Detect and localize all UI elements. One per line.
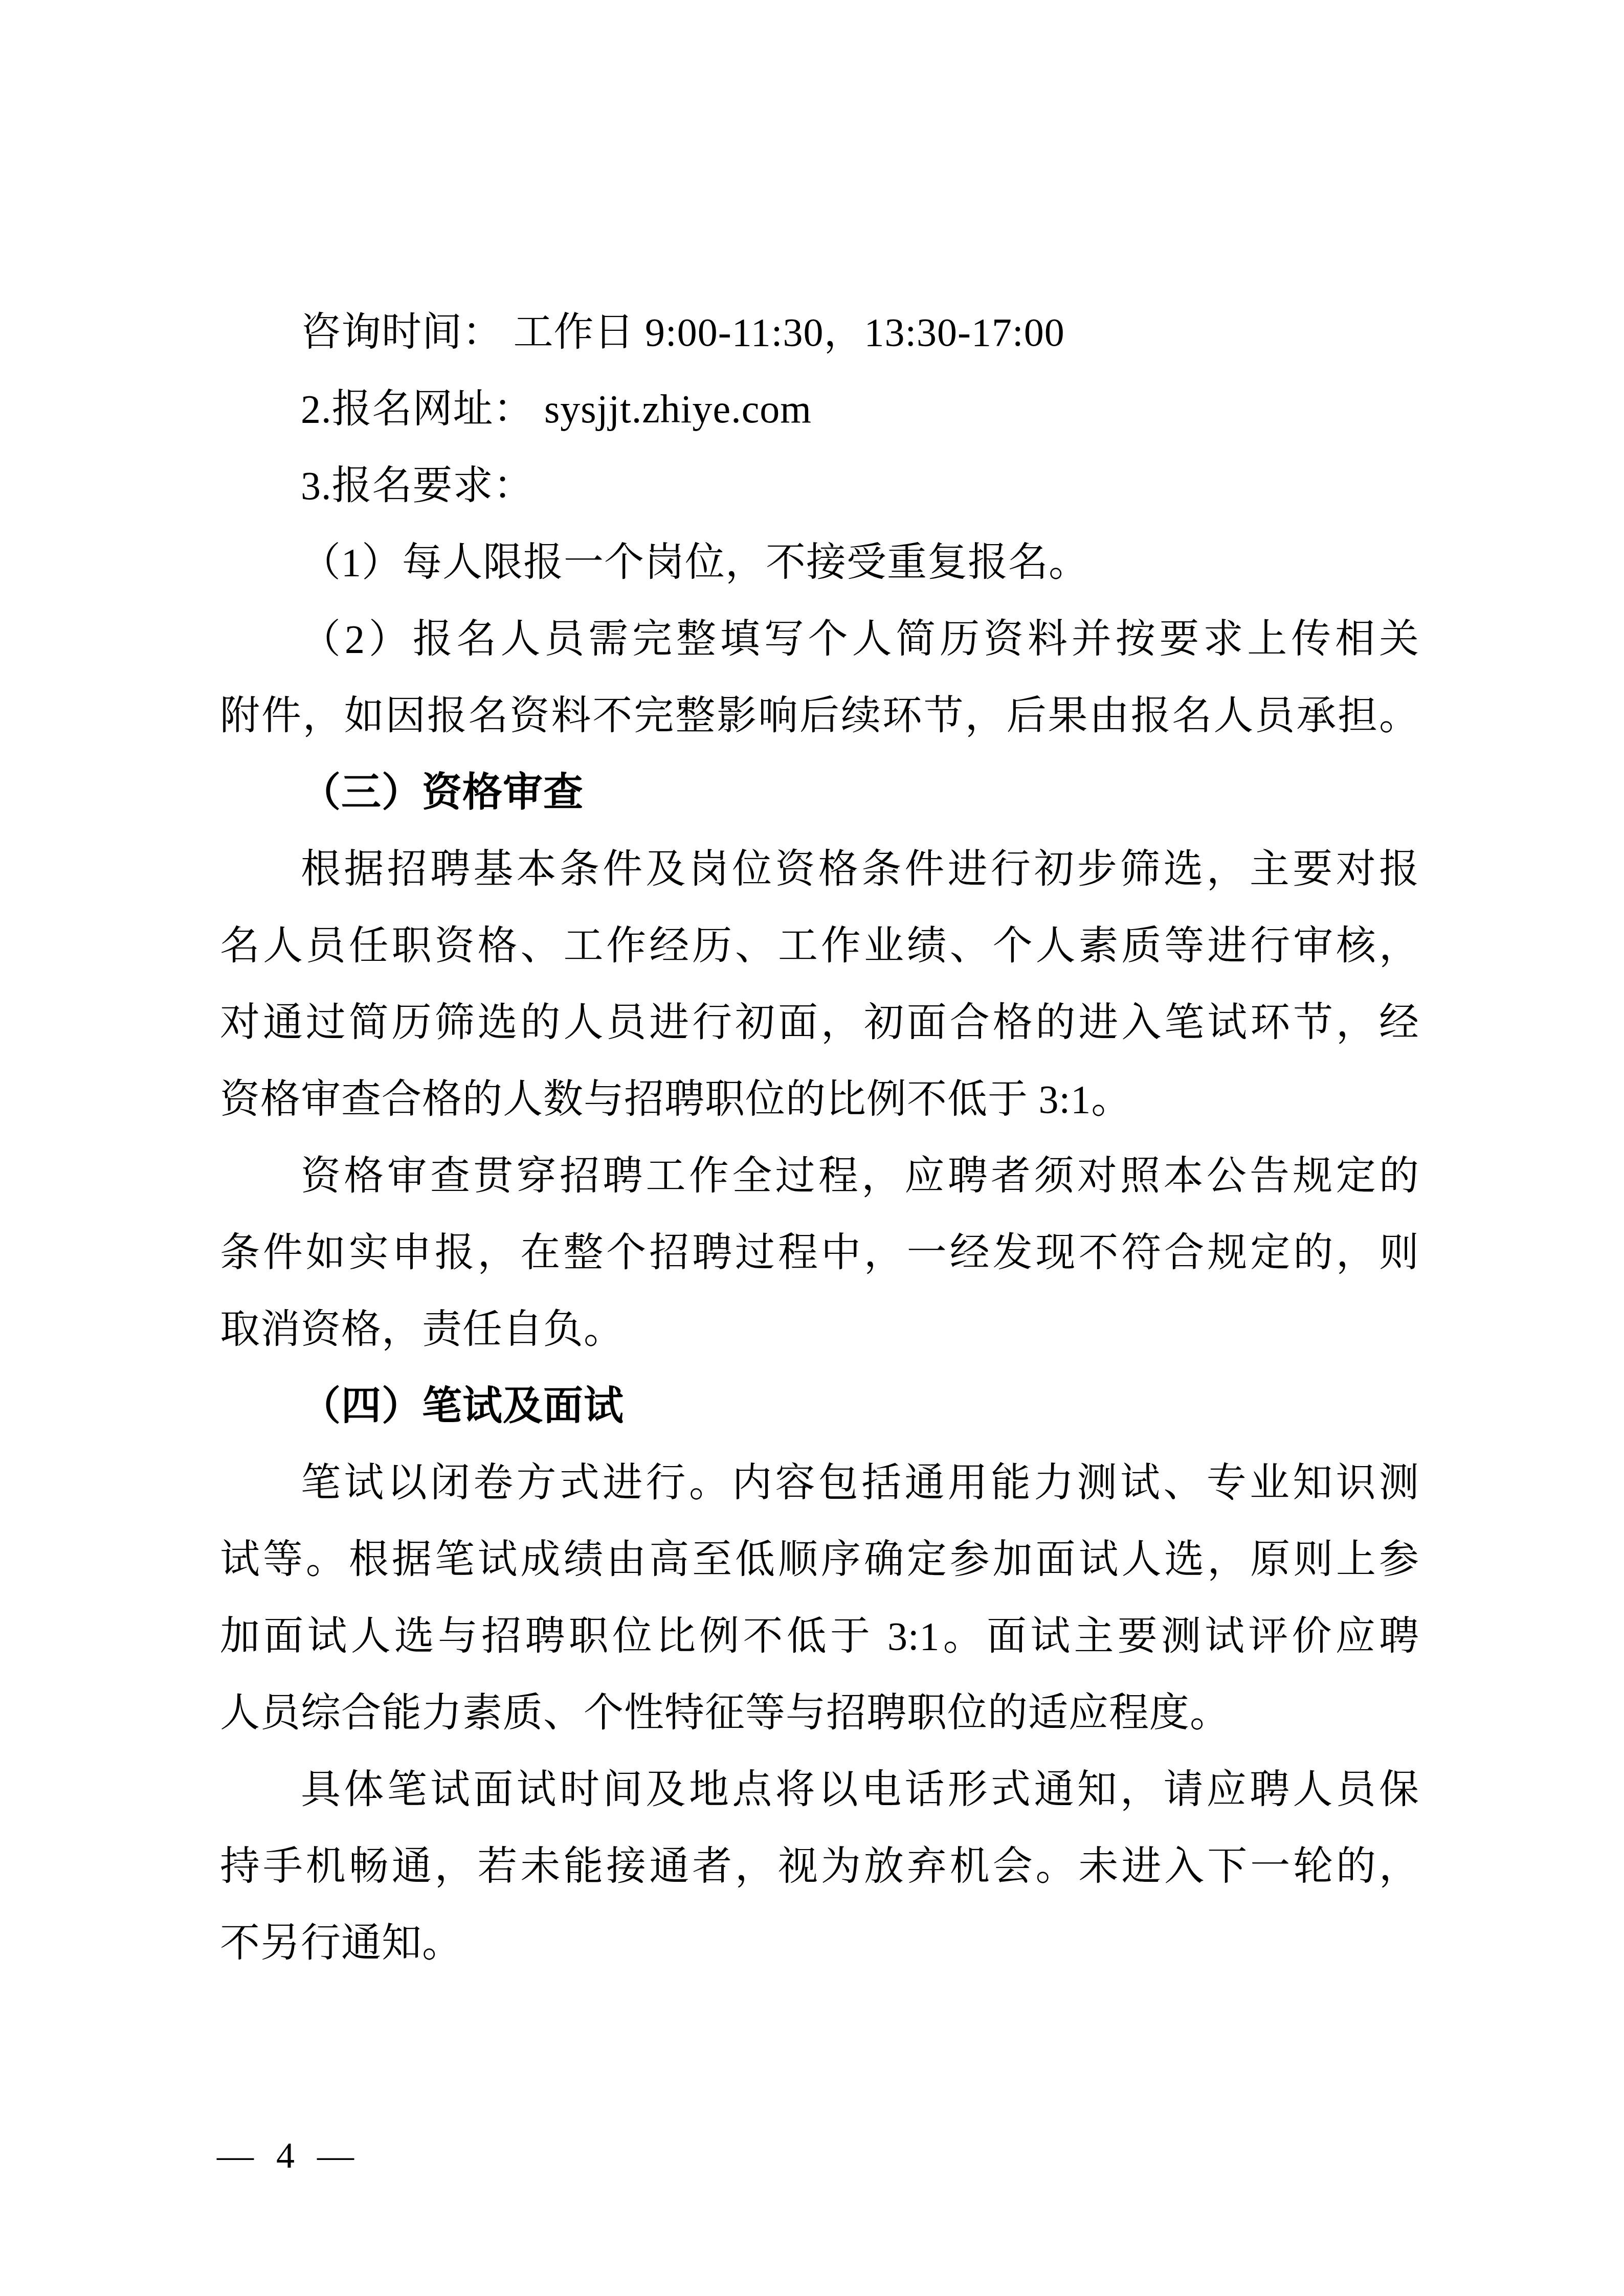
text-line: 2.报名网址： sysjjt.zhiye.com xyxy=(220,371,1419,447)
text-line: 取消资格，责任自负。 xyxy=(220,1291,1419,1368)
page-number: — 4 — xyxy=(217,2130,354,2181)
text-line: 试等。根据笔试成绩由高至低顺序确定参加面试人选，原则上参 xyxy=(220,1521,1419,1598)
text-line: 名人员任职资格、工作经历、工作业绩、个人素质等进行审核， xyxy=(220,908,1419,984)
section-heading: （三）资格审查 xyxy=(220,754,1419,831)
text-line: （2）报名人员需完整填写个人简历资料并按要求上传相关 xyxy=(220,601,1419,678)
text-line: 人员综合能力素质、个性特征等与招聘职位的适应程度。 xyxy=(220,1675,1419,1751)
text-line: 具体笔试面试时间及地点将以电话形式通知，请应聘人员保 xyxy=(220,1751,1419,1828)
text-line: 条件如实申报，在整个招聘过程中，一经发现不符合规定的，则 xyxy=(220,1214,1419,1291)
section-heading: （四）笔试及面试 xyxy=(220,1368,1419,1445)
text-line: 根据招聘基本条件及岗位资格条件进行初步筛选，主要对报 xyxy=(220,831,1419,908)
text-line: 对通过简历筛选的人员进行初面，初面合格的进入笔试环节，经 xyxy=(220,984,1419,1061)
text-line: 笔试以闭卷方式进行。内容包括通用能力测试、专业知识测 xyxy=(220,1445,1419,1521)
text-line: 资格审查合格的人数与招聘职位的比例不低于 3:1。 xyxy=(220,1061,1419,1138)
text-line: 加面试人选与招聘职位比例不低于 3:1。面试主要测试评价应聘 xyxy=(220,1598,1419,1675)
document-body: 咨询时间： 工作日 9:00-11:30，13:30-17:002.报名网址： … xyxy=(220,294,1419,1982)
text-line: （1）每人限报一个岗位，不接受重复报名。 xyxy=(220,524,1419,601)
text-line: 咨询时间： 工作日 9:00-11:30，13:30-17:00 xyxy=(220,294,1419,371)
text-line: 3.报名要求： xyxy=(220,447,1419,524)
document-page: 咨询时间： 工作日 9:00-11:30，13:30-17:002.报名网址： … xyxy=(0,0,1624,2296)
text-line: 持手机畅通，若未能接通者，视为放弃机会。未进入下一轮的， xyxy=(220,1828,1419,1905)
text-line: 资格审查贯穿招聘工作全过程，应聘者须对照本公告规定的 xyxy=(220,1138,1419,1214)
text-line: 附件，如因报名资料不完整影响后续环节，后果由报名人员承担。 xyxy=(220,678,1419,754)
text-line: 不另行通知。 xyxy=(220,1905,1419,1982)
